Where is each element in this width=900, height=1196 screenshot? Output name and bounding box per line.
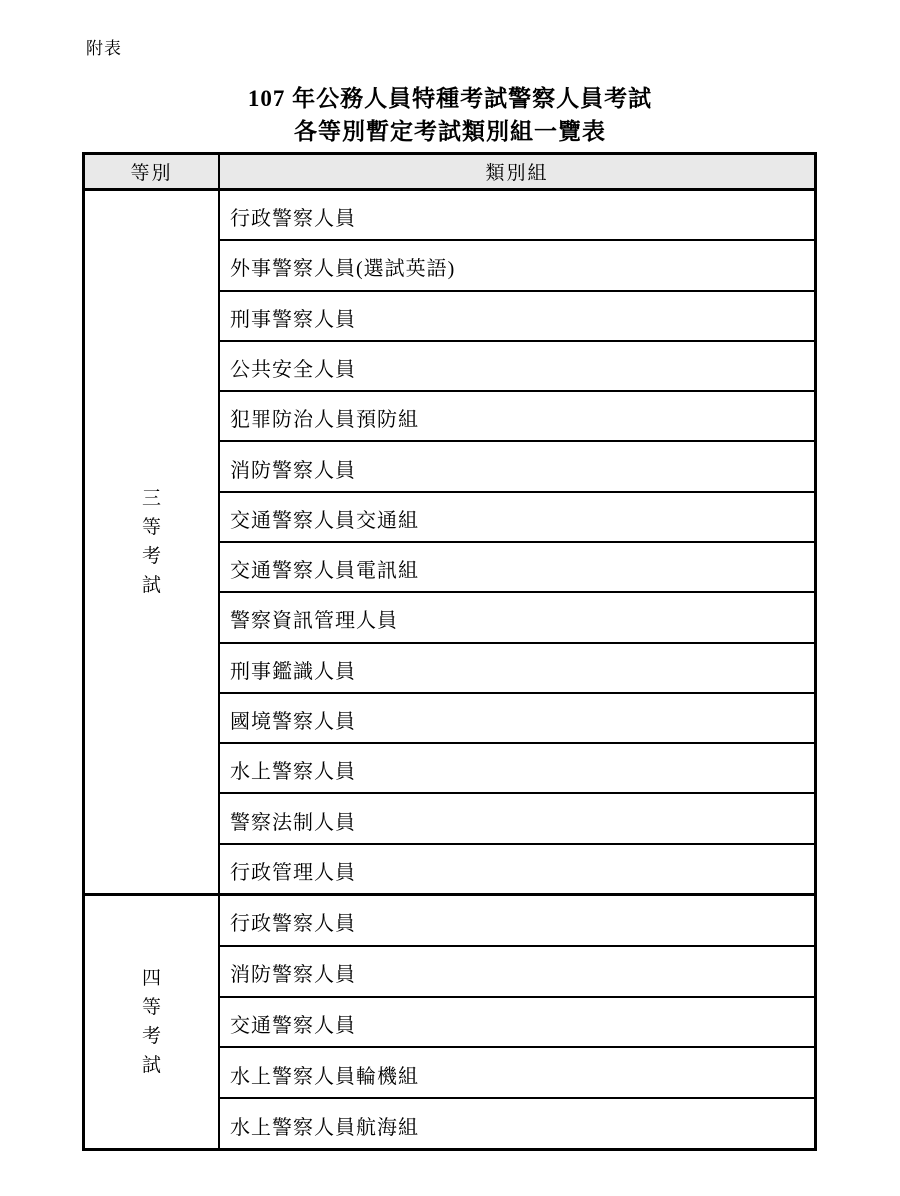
header-grade-column: 等別: [85, 155, 220, 188]
category-row: 行政警察人員: [220, 896, 814, 945]
category-row: 警察法制人員: [220, 792, 814, 842]
category-row: 行政管理人員: [220, 843, 814, 893]
category-row: 犯罪防治人員預防組: [220, 390, 814, 440]
category-row: 外事警察人員(選試英語): [220, 239, 814, 289]
category-rows-grade-3: 行政警察人員 外事警察人員(選試英語) 刑事警察人員 公共安全人員 犯罪防治人員…: [220, 191, 814, 893]
category-row: 消防警察人員: [220, 945, 814, 996]
grade-cell-4th-exam: 四等考試: [85, 896, 220, 1148]
exam-category-table: 等別 類別組 三等考試 行政警察人員 外事警察人員(選試英語) 刑事警察人員 公…: [82, 152, 817, 1151]
category-row: 水上警察人員航海組: [220, 1097, 814, 1148]
grade-label-4th-exam: 四等考試: [141, 964, 163, 1080]
grade-label-3rd-exam: 三等考試: [141, 484, 163, 600]
category-row: 警察資訊管理人員: [220, 591, 814, 641]
grade-cell-3rd-exam: 三等考試: [85, 191, 220, 893]
category-row: 行政警察人員: [220, 191, 814, 239]
category-row: 水上警察人員: [220, 742, 814, 792]
appendix-label: 附表: [86, 34, 122, 59]
category-rows-grade-4: 行政警察人員 消防警察人員 交通警察人員 水上警察人員輪機組 水上警察人員航海組: [220, 896, 814, 1148]
category-row: 水上警察人員輪機組: [220, 1046, 814, 1097]
category-row: 刑事警察人員: [220, 290, 814, 340]
category-row: 交通警察人員電訊組: [220, 541, 814, 591]
category-row: 刑事鑑識人員: [220, 642, 814, 692]
section-grade-3: 三等考試 行政警察人員 外事警察人員(選試英語) 刑事警察人員 公共安全人員 犯…: [85, 191, 814, 893]
document-page: 附表 107 年公務人員特種考試警察人員考試 各等別暫定考試類別組一覽表 等別 …: [0, 0, 900, 1196]
category-row: 國境警察人員: [220, 692, 814, 742]
title-line-2: 各等別暫定考試類別組一覽表: [0, 115, 900, 148]
category-row: 消防警察人員: [220, 440, 814, 490]
section-grade-4: 四等考試 行政警察人員 消防警察人員 交通警察人員 水上警察人員輪機組 水上警察…: [85, 893, 814, 1148]
category-row: 交通警察人員: [220, 996, 814, 1047]
category-row: 交通警察人員交通組: [220, 491, 814, 541]
document-title: 107 年公務人員特種考試警察人員考試 各等別暫定考試類別組一覽表: [0, 82, 900, 148]
category-row: 公共安全人員: [220, 340, 814, 390]
title-line-1: 107 年公務人員特種考試警察人員考試: [0, 82, 900, 115]
header-category-column: 類別組: [220, 155, 814, 188]
table-header-row: 等別 類別組: [85, 155, 814, 191]
